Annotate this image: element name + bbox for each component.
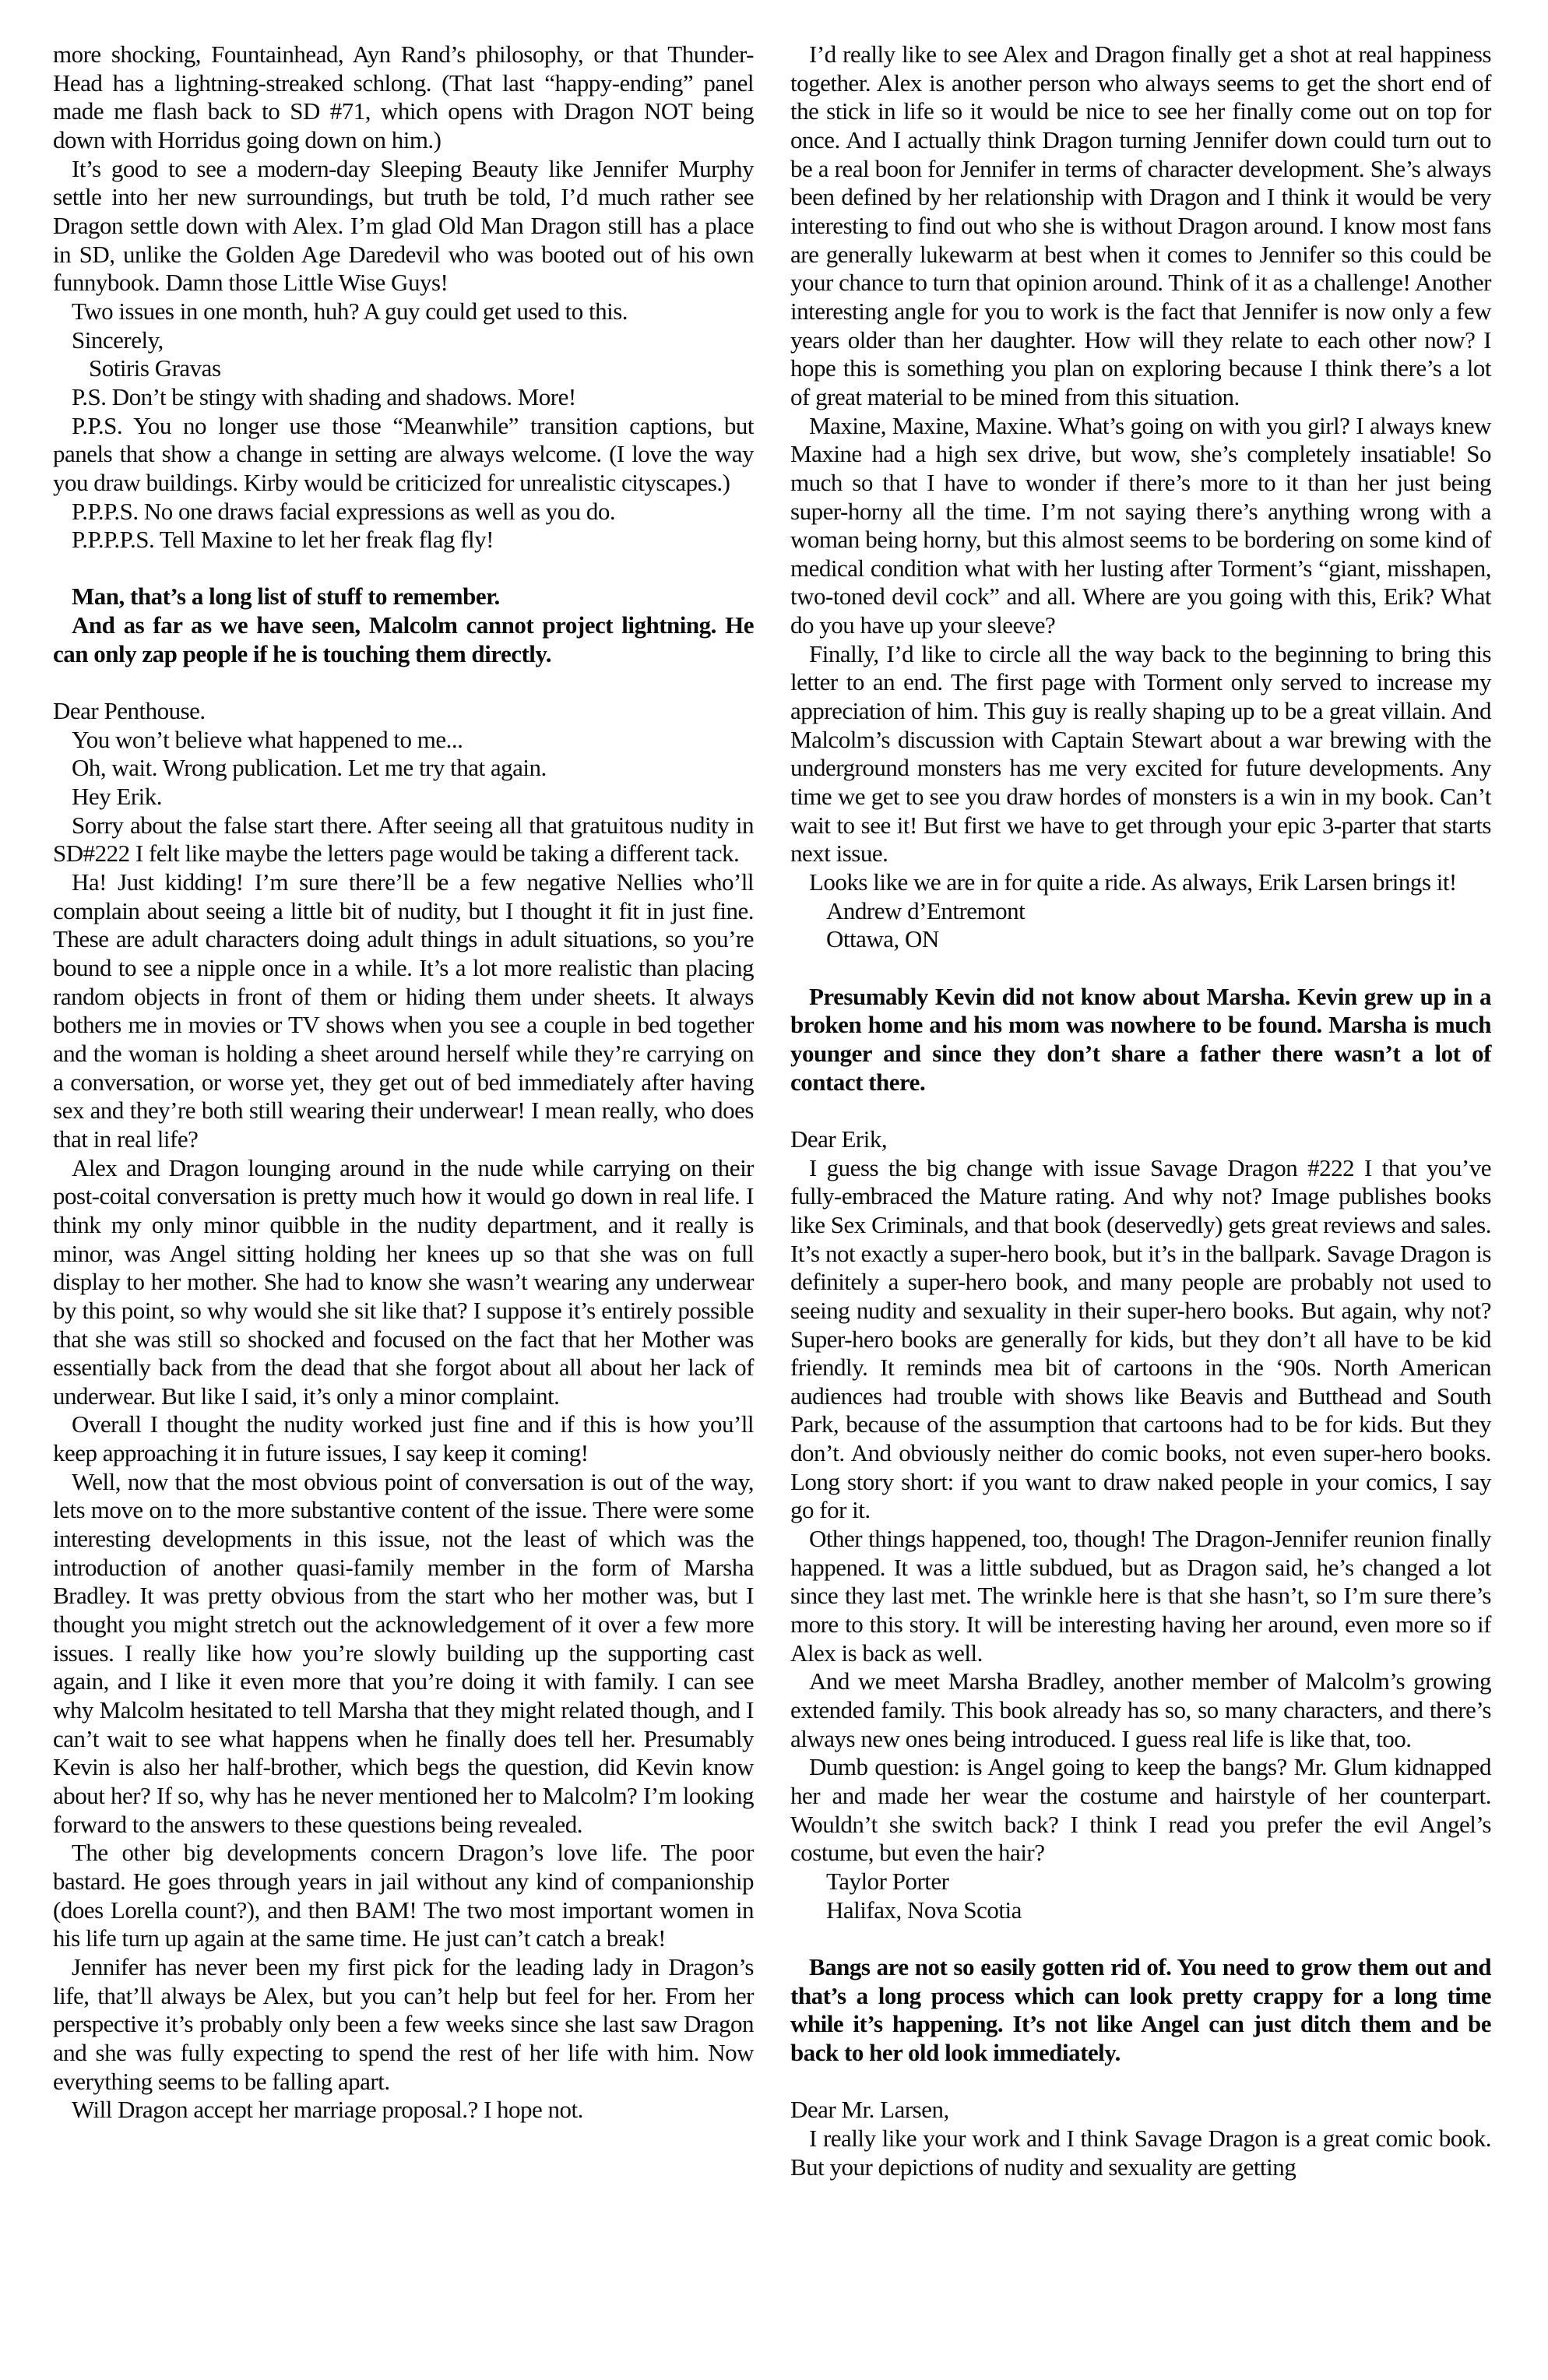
- letter-paragraph: more shocking, Fountainhead, Ayn Rand’s …: [53, 40, 754, 155]
- letter-paragraph: P.P.S. You no longer use those “Meanwhil…: [53, 412, 754, 498]
- letter-paragraph: Ottawa, ON: [790, 925, 1491, 954]
- letter-paragraph: I really like your work and I think Sava…: [790, 2125, 1491, 2181]
- letter-paragraph: Halifax, Nova Scotia: [790, 1896, 1491, 1925]
- letter-paragraph: Sincerely,: [53, 326, 754, 355]
- letter-paragraph: I’d really like to see Alex and Dragon f…: [790, 40, 1491, 412]
- letter-paragraph: You won’t believe what happened to me...: [53, 726, 754, 755]
- letters-column-left: more shocking, Fountainhead, Ayn Rand’s …: [53, 40, 754, 2380]
- letter-paragraph: Two issues in one month, huh? A guy coul…: [53, 297, 754, 326]
- letter-paragraph: Sotiris Gravas: [53, 354, 754, 383]
- letter-paragraph: P.S. Don’t be stingy with shading and sh…: [53, 383, 754, 412]
- letter-paragraph: Hey Erik.: [53, 783, 754, 812]
- letter-paragraph: Alex and Dragon lounging around in the n…: [53, 1154, 754, 1411]
- letter-paragraph: Dear Mr. Larsen,: [790, 2096, 1491, 2125]
- letters-page: more shocking, Fountainhead, Ayn Rand’s …: [0, 0, 1548, 2380]
- letter-paragraph: Dumb question: is Angel going to keep th…: [790, 1753, 1491, 1868]
- letter-paragraph: Jennifer has never been my first pick fo…: [53, 1953, 754, 2096]
- letter-paragraph: I guess the big change with issue Savage…: [790, 1154, 1491, 1526]
- letter-paragraph: And we meet Marsha Bradley, another memb…: [790, 1667, 1491, 1753]
- letters-column-right: I’d really like to see Alex and Dragon f…: [790, 40, 1491, 2380]
- letter-paragraph: Overall I thought the nudity worked just…: [53, 1410, 754, 1467]
- letter-paragraph: P.P.P.S. No one draws facial expressions…: [53, 498, 754, 526]
- letter-paragraph: Maxine, Maxine, Maxine. What’s going on …: [790, 412, 1491, 640]
- letter-paragraph: P.P.P.P.S. Tell Maxine to let her freak …: [53, 526, 754, 555]
- editor-reply-paragraph: Presumably Kevin did not know about Mars…: [790, 983, 1491, 1097]
- letter-paragraph: Looks like we are in for quite a ride. A…: [790, 868, 1491, 897]
- letter-paragraph: Sorry about the false start there. After…: [53, 812, 754, 868]
- letter-paragraph: Other things happened, too, though! The …: [790, 1525, 1491, 1667]
- letter-paragraph: Oh, wait. Wrong publication. Let me try …: [53, 754, 754, 783]
- letter-paragraph: Will Dragon accept her marriage proposal…: [53, 2096, 754, 2125]
- letter-paragraph: Andrew d’Entremont: [790, 897, 1491, 926]
- letter-paragraph: Taylor Porter: [790, 1868, 1491, 1896]
- letter-paragraph: Finally, I’d like to circle all the way …: [790, 640, 1491, 868]
- editor-reply-paragraph: Man, that’s a long list of stuff to reme…: [53, 583, 754, 611]
- letter-paragraph: Ha! Just kidding! I’m sure there’ll be a…: [53, 868, 754, 1154]
- editor-reply-paragraph: Bangs are not so easily gotten rid of. Y…: [790, 1953, 1491, 2068]
- letter-paragraph: Dear Erik,: [790, 1125, 1491, 1154]
- letter-paragraph: The other big developments concern Drago…: [53, 1839, 754, 1953]
- editor-reply-paragraph: And as far as we have seen, Malcolm cann…: [53, 611, 754, 668]
- letter-paragraph: Well, now that the most obvious point of…: [53, 1468, 754, 1840]
- letter-paragraph: Dear Penthouse.: [53, 697, 754, 726]
- letter-paragraph: It’s good to see a modern-day Sleeping B…: [53, 155, 754, 297]
